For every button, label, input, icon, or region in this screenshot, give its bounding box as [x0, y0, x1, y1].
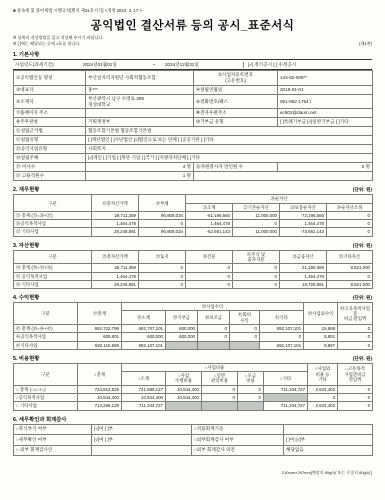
row-label: ㊻공익목적사업: [14, 333, 78, 341]
col-header: ⑲부채: [139, 195, 186, 212]
table-row: ㊼기타사업692,116,998692,107,101692,107,1019,…: [14, 341, 373, 349]
col-header: ㊹고유목적사업준 비금 환입액: [338, 303, 373, 325]
cell-value: 15,698: [304, 325, 338, 333]
cell-value: 600,000: [166, 333, 198, 341]
col-header: ㉓보통순자산: [280, 203, 327, 211]
row-label: ㉗ 기타사업: [14, 228, 92, 236]
audit-table: ○복식부기 여부 [√]여 [ ]부 ○적용회계기준 ○세무확인 여부 [√]여…: [13, 424, 373, 457]
cell-value: 0: [198, 325, 230, 333]
field-label-double-entry: ○복식부기 여부: [14, 424, 92, 435]
field-label-founding-law: ⑪설립근거법: [14, 127, 86, 136]
field-label-donation-type: ⑩기부금 유형: [194, 118, 278, 127]
cell-value: [198, 341, 230, 349]
field-value-accounting-standard: [284, 424, 373, 435]
cell-value: 0: [338, 325, 373, 333]
section-2-title: 2. 재무현황: [13, 185, 39, 193]
cell-value: 692,722,799: [78, 325, 122, 333]
business-year-end: 2024년12월31일: [165, 62, 243, 68]
table-row: ○공익목적사업10,544,40010,544,40010,544,400000…: [14, 393, 373, 401]
cell-value: 0: [238, 385, 264, 393]
cell-value: 0: [202, 385, 238, 393]
field-label-audit-opinion: ○외부 회계감사 의견: [192, 445, 284, 456]
cell-value: 1,464,478: [92, 220, 139, 228]
field-value-establishment-type: [ ]재단법인 [ ]사단법인 [√]법인으로 보는 단체 [ ]공공기관 [ …: [86, 136, 373, 145]
cell-value: 0: [238, 393, 264, 401]
col-header: ㉔순자산조정: [327, 203, 373, 211]
table-row: ○ 총계 (○=○+○)724,813,529721,889,12710,544…: [14, 385, 373, 393]
section-1-title: 1. 기본사항: [13, 50, 39, 58]
col-header: ○고유목적 사업준비금 전입액: [338, 363, 373, 385]
field-label-external-auditor: ○ 외부 회계감사인: [14, 445, 92, 456]
cell-value: 9,897: [304, 341, 338, 349]
field-value-email: ec802@daum.net: [278, 109, 373, 118]
cell-value: 1,464,478: [92, 272, 139, 280]
cell-value: 600,000: [166, 325, 198, 333]
cell-value: 692,107,101: [260, 341, 304, 349]
cell-value: 0: [230, 325, 260, 333]
field-label-volunteers-count: ⑯자원봉사자 연인원 수: [194, 163, 278, 172]
business-year-label: 사업연도(과세기간):: [15, 62, 83, 68]
col-header: ○총계: [78, 363, 122, 385]
cell-value: 0: [338, 393, 373, 401]
row-label: ○ 총계 (○=○+○): [14, 385, 78, 393]
field-value-phone-fax: 051-852-1754 /: [278, 94, 373, 108]
col-group-header: ㊳사업수익: [122, 303, 304, 311]
cell-value: 10,544,400: [122, 393, 166, 401]
field-value-tax-confirmation: [√]여 [ ]부: [92, 435, 192, 446]
field-label-corp-name: ①공익법인등 명칭: [14, 71, 86, 85]
field-value-address: 부산광역시 남구 수영로 309 경성대학교: [86, 94, 194, 108]
cell-value: 0: [198, 333, 230, 341]
cell-value: [166, 341, 198, 349]
field-value-founding-date: 2018-01-01: [278, 85, 373, 94]
cell-value: 0: [233, 220, 280, 228]
section-2-heading: 2. 재무현황 (단위: 원): [13, 185, 372, 193]
asset-status-table: 구분 ㉘총자산가액 ㉙토지 ㉚건물 ㉛주식 및 출자지분 ㉜금융자산 ㉝기타자산…: [13, 250, 373, 289]
col-header: ㊴기부금: [166, 311, 198, 325]
col-header: 구분: [14, 363, 78, 385]
cell-value: 0: [338, 333, 373, 341]
cell-value: -73,661,143: [280, 228, 327, 236]
col-header: 구분: [14, 250, 92, 264]
col-header: 구분: [14, 303, 78, 325]
field-value-double-entry: [√]여 [ ]부: [92, 424, 192, 435]
section-4-title: 4. 수익현황: [13, 293, 39, 301]
paper-spec-footnote: 210mm×297mm[백상지 80g/㎡ 또는 중질지 80g/㎡]: [13, 470, 372, 476]
field-value-public-service-type: 사회복지: [86, 145, 373, 154]
section-5-heading: 5. 비용현황 (단위: 원): [13, 354, 372, 362]
field-value-donation-type: [ ]특례기부금 [√]일반기부금 [ ]기타: [278, 118, 373, 127]
cell-value: 0: [338, 341, 373, 349]
col-header: ㉘총자산가액: [92, 250, 139, 264]
cell-value: 0: [230, 333, 260, 341]
document-page: ■ 상속세 및 증여세법 시행규칙[별지 제31호서식] <개정 2023. 3…: [0, 0, 385, 500]
cell-value: 721,889,127: [122, 385, 166, 393]
field-label-phone-fax: ⑥전화번호/팩스: [194, 94, 278, 108]
cell-value: 692,107,101: [122, 341, 166, 349]
cell-value: 0: [139, 220, 186, 228]
field-label-representative: ③대표자: [14, 85, 86, 94]
col-header: ○소계: [122, 372, 166, 386]
cell-value: 714,269,129: [78, 402, 122, 410]
cell-value: 10,544,400: [166, 393, 202, 401]
field-label-employees-count: ⑰ 고용직원수: [14, 172, 86, 181]
col-header: ㉑소계: [186, 203, 233, 211]
cell-value: 711,344,727: [122, 402, 166, 410]
cell-value: 711,344,727: [264, 402, 308, 410]
empty-cell: [194, 172, 373, 181]
table-row: ㉕ 총계 (㉕=㉖+㉗)29,711,36990,908,034-61,196,…: [14, 211, 373, 219]
row-label: ○공익목적사업: [14, 393, 78, 401]
cell-value: 10,544,400: [78, 393, 122, 401]
cell-value: 711,344,727: [264, 385, 308, 393]
col-header: ㊲총계: [78, 303, 122, 325]
section-2-unit: (단위: 원): [353, 187, 372, 193]
form-reference-note: ■ 상속세 및 증여세법 시행규칙[별지 제31호서식] <개정 2023. 3…: [13, 8, 372, 14]
cell-value: 28,246,891: [92, 228, 139, 236]
table-row: ㉟ 공익목적사업1,464,4780001,464,4780: [14, 272, 373, 280]
revenue-status-table: 구분 ㊲총계 ㊳사업수익 ㊸사업외수익 ㊹고유목적사업준 비금 환입액 ㊳소계 …: [13, 302, 373, 350]
cell-value: 0: [327, 272, 373, 280]
table-row: ㉞ 총계 (㉞=㉟+㊱)29,711,36900021,190,3698,521…: [14, 264, 373, 272]
section-4-unit: (단위: 원): [353, 295, 372, 301]
cell-value: 2,924,402: [308, 385, 338, 393]
col-header: ㉝기타자산: [327, 250, 373, 264]
table-row: ㊺ 총계 (㊺=㊻+㊼)692,722,799692,707,101600,00…: [14, 325, 373, 333]
field-value-founding-law: 협동조합기본법 협동조합기본법: [86, 127, 373, 136]
cell-value: 0: [139, 272, 186, 280]
section-3-title: 3. 자산현황: [13, 241, 39, 249]
col-group-header: ⑳순자산: [186, 195, 373, 203]
row-label: ㉟ 공익목적사업: [14, 272, 92, 280]
col-header: ⑱총자산가액: [92, 195, 139, 212]
cell-value: 0: [186, 280, 233, 288]
cell-value: 19,725,891: [280, 280, 327, 288]
cell-value: 0: [186, 264, 233, 272]
cell-value: 0: [338, 385, 373, 393]
page-number: (제1쪽): [359, 41, 372, 47]
business-year-start: 2024년01월01일: [83, 62, 143, 68]
cell-value: 1,464,478: [280, 272, 327, 280]
col-header: ○사업외 비용 등 기타: [308, 363, 338, 385]
cell-value: 29,711,369: [92, 264, 139, 272]
col-header: ○기타: [264, 372, 308, 386]
cell-value: 2,924,402: [308, 402, 338, 410]
cell-value: 692,116,998: [78, 341, 122, 349]
cell-value: 0: [139, 280, 186, 288]
cell-value: [202, 402, 238, 410]
cell-value: 0: [202, 393, 238, 401]
cell-value: 10,544,400: [166, 385, 202, 393]
field-value-directors-count: 4 명: [86, 163, 194, 172]
row-label: ㊼기타사업: [14, 341, 78, 349]
cell-value: 0: [139, 264, 186, 272]
cell-value: 692,107,101: [260, 325, 304, 333]
col-header: ○모금 비용: [238, 372, 264, 386]
cell-value: 90,908,034: [139, 211, 186, 219]
section-6-title: 6. 세무확인과 회계감사: [13, 415, 66, 423]
cell-value: [166, 402, 202, 410]
section-3-unit: (단위: 원): [353, 243, 372, 249]
section-1-heading: 1. 기본사항: [13, 50, 372, 58]
cell-value: -61,196,665: [186, 211, 233, 219]
row-label: ㉖공익목적사업: [14, 220, 92, 228]
expense-status-table: 구분 ○총계 ○사업비용 ○사업외 비용 등 기타 ○고유목적 사업준비금 전입…: [13, 363, 373, 411]
field-label-homepage: ⑦홈페이지 주소: [14, 109, 86, 118]
section-5-unit: (단위: 원): [353, 356, 372, 362]
table-row: ㉖공익목적사업1,464,47801,464,47801,464,4780: [14, 220, 373, 228]
document-title: 공익법인 결산서류 등의 공시_표준서식: [13, 17, 372, 33]
cell-value: 28,246,891: [92, 280, 139, 288]
table-row: ㊻공익목적사업605,801600,000600,0000005,8010: [14, 333, 373, 341]
section-4-heading: 4. 수익현황 (단위: 원): [13, 293, 372, 301]
cell-value: -62,661,143: [186, 228, 233, 236]
field-label-founder-type: ⑭설립주체: [14, 154, 86, 163]
cell-value: 5,801: [304, 333, 338, 341]
cell-value: 0: [260, 333, 304, 341]
business-year-row: 사업연도(과세기간): 2024년01월01일 ~ 2024년12월31일 [√…: [13, 59, 372, 70]
field-label-tax-confirmation: ○세무확인 여부: [14, 435, 92, 446]
cell-value: 600,000: [122, 333, 166, 341]
cell-value: 0: [186, 272, 233, 280]
field-value-external-audit: [ ]여 [√]부: [284, 435, 373, 446]
field-label-reg-number: ②사업자등록번호 (고유번호): [194, 71, 278, 85]
field-label-external-audit: ○외부회계감사 여부: [192, 435, 284, 446]
table-row: ○ 기타사업714,269,129711,344,727711,344,7272…: [14, 402, 373, 410]
field-value-homepage: [86, 109, 194, 118]
cell-value: [264, 393, 308, 401]
cell-value: [238, 402, 264, 410]
cell-value: 1,464,478: [280, 220, 327, 228]
disclosure-type-checkboxes: [√] 정기공시 [ ] 수정공시: [243, 62, 370, 68]
field-value-employees-count: 1 명: [86, 172, 194, 181]
tilde: ~: [143, 62, 165, 67]
row-label: ㊱ 기타사업: [14, 280, 92, 288]
cell-value: 0: [327, 220, 373, 228]
col-header: ㊶회비 수익: [230, 311, 260, 325]
section-3-heading: 3. 자산현황 (단위: 원): [13, 241, 372, 249]
field-value-volunteers-count: 0 명: [278, 163, 373, 172]
cell-value: [230, 341, 260, 349]
cell-value: 0: [327, 228, 373, 236]
cell-value: 0: [338, 402, 373, 410]
col-group-header: ○사업비용: [122, 363, 308, 371]
cell-value: 0: [233, 264, 280, 272]
field-label-establishment-type: ⑫설립유형: [14, 136, 86, 145]
basic-info-table: ①공익법인등 명칭 부산일자리지원단 사회적협동조합 ②사업자등록번호 (고유번…: [13, 70, 373, 181]
row-label: ○ 기타사업: [14, 402, 78, 410]
cell-value: 692,707,101: [122, 325, 166, 333]
cell-value: 8,521,000: [327, 280, 373, 288]
field-value-reg-number: 143-82-008**: [278, 71, 373, 85]
field-label-authority: ⑨주무관청: [14, 118, 86, 127]
cell-value: 0: [233, 272, 280, 280]
note-line-2: ※ [ ]에는 해당되는 곳에 √표를 합니다.: [13, 41, 372, 47]
field-value-audit-opinion: 해당없음: [284, 445, 373, 456]
cell-value: 0: [308, 393, 338, 401]
field-value-representative: 홍***: [86, 85, 194, 94]
col-header: ㉜금융자산: [280, 250, 327, 264]
cell-value: 90,908,034: [139, 228, 186, 236]
field-label-address: ⑤소재지: [14, 94, 86, 108]
field-label-founding-date: ④설립연월일: [194, 85, 278, 94]
field-label-accounting-standard: ○적용회계기준: [192, 424, 284, 435]
col-header: ㊳소계: [122, 311, 166, 325]
cell-value: 21,190,369: [280, 264, 327, 272]
col-header: ㉙토지: [139, 250, 186, 264]
section-6-heading: 6. 세무확인과 회계감사: [13, 415, 372, 423]
cell-value: 0: [233, 280, 280, 288]
col-header: ㊵보조금: [198, 311, 230, 325]
financial-status-table: 구분 ⑱총자산가액 ⑲부채 ⑳순자산 ㉑소계 ㉒기본순자산 ㉓보통순자산 ㉔순자…: [13, 194, 373, 236]
field-label-email: ⑧전자우편주소: [194, 109, 278, 118]
form-notes: ※ 뒤쪽의 작성방법을 읽고 작성해 주시기 바랍니다. ※ [ ]에는 해당되…: [13, 35, 372, 47]
col-header: ㉚건물: [186, 250, 233, 264]
cell-value: 11,000,000: [233, 228, 280, 236]
field-value-authority: 기획재정부: [86, 118, 194, 127]
row-label: ㉞ 총계 (㉞=㉟+㊱): [14, 264, 92, 272]
field-value-external-auditor: [92, 445, 192, 456]
col-header: ○사업 수행비용: [166, 372, 202, 386]
cell-value: 724,813,529: [78, 385, 122, 393]
section-5-title: 5. 비용현황: [13, 354, 39, 362]
col-header: ㉛주식 및 출자지분: [233, 250, 280, 264]
table-row: ㉗ 기타사업28,246,89190,908,034-62,661,14311,…: [14, 228, 373, 236]
field-value-corp-name: 부산일자리지원단 사회적협동조합: [86, 71, 194, 85]
col-header: ㉒기본순자산: [233, 203, 280, 211]
col-header: ㊸사업외수익: [304, 303, 338, 325]
cell-value: 1,464,478: [186, 220, 233, 228]
cell-value: 11,000,000: [233, 211, 280, 219]
col-header: ○일반 관리비용: [202, 372, 238, 386]
cell-value: 0: [327, 211, 373, 219]
cell-value: 29,711,369: [92, 211, 139, 219]
cell-value: 8,521,000: [327, 264, 373, 272]
field-value-founder-type: [√]개인 [ ]기업 [ ]재단·기업 [ ]국가 [ ]지방자치단체 [ ]…: [86, 154, 373, 163]
cell-value: -72,196,665: [280, 211, 327, 219]
row-label: ㊺ 총계 (㊺=㊻+㊼): [14, 325, 78, 333]
row-label: ㉕ 총계 (㉕=㉖+㉗): [14, 211, 92, 219]
col-header: ㊷기타: [260, 311, 304, 325]
cell-value: 605,801: [78, 333, 122, 341]
col-header: 구분: [14, 195, 92, 212]
field-label-public-service-type: ⑬공익사업유형: [14, 145, 86, 154]
field-label-directors-count: ⑮ 이사수: [14, 163, 86, 172]
table-row: ㊱ 기타사업28,246,89100019,725,8918,521,000: [14, 280, 373, 288]
